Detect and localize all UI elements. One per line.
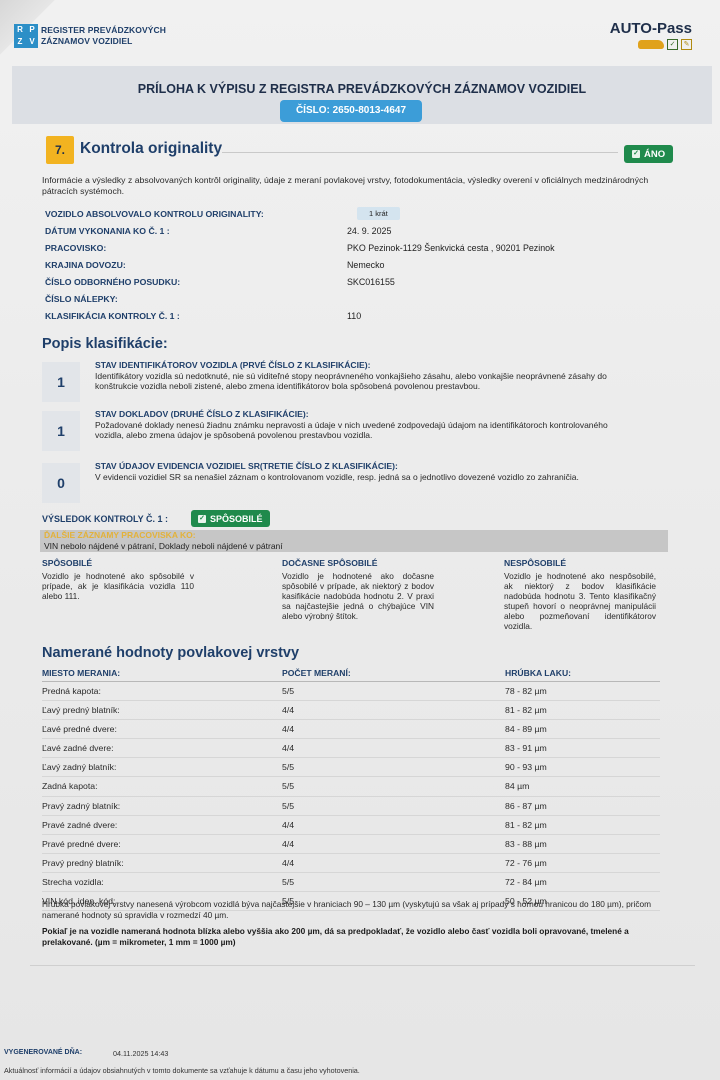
check-icon: ✓	[198, 515, 206, 523]
legend-docasne-sposobile: DOČASNE SPÔSOBILÉ Vozidlo je hodnotené a…	[282, 558, 434, 621]
divider	[30, 965, 695, 966]
classification-title: Popis klasifikácie:	[42, 336, 168, 352]
info-row: KLASIFIKÁCIA KONTROLY Č. 1 : 110	[45, 311, 655, 328]
measurements-table: MIESTO MERANIA: POČET MERANÍ: HRÚBKA LAK…	[42, 666, 660, 911]
classification-digit: 0	[42, 463, 80, 503]
logo-line-2: ZÁZNAMOV VOZIDIEL	[41, 36, 166, 47]
footer-note: Aktuálnosť informácií a údajov obsiahnut…	[4, 1066, 360, 1075]
count-pill: 1 krát	[357, 207, 400, 220]
generated-value: 04.11.2025 14:43	[113, 1049, 168, 1058]
table-row: Ľavý predný blatník:4/481 - 82 µm	[42, 701, 660, 720]
other-records-box: ĎALŠIE ZÁZNAMY PRACOVISKA KO: VIN nebolo…	[40, 530, 668, 552]
logo-line-1: REGISTER PREVÁDZKOVÝCH	[41, 25, 166, 36]
table-header: MIESTO MERANIA: POČET MERANÍ: HRÚBKA LAK…	[42, 666, 660, 682]
table-row: Pravé zadné dvere:4/481 - 82 µm	[42, 816, 660, 835]
autopass-logo: AUTO-Pass ✓ ✎	[610, 20, 692, 50]
table-row: Pravý zadný blatník:5/586 - 87 µm	[42, 797, 660, 816]
table-row: Ľavý zadný blatník:5/590 - 93 µm	[42, 758, 660, 777]
result-badge: ✓ SPÔSOBILÉ	[191, 510, 270, 527]
legend-sposobile: SPÔSOBILÉ Vozidlo je hodnotené ako spôso…	[42, 558, 194, 601]
table-row: Zadná kapota:5/584 µm	[42, 777, 660, 796]
document-title: PRÍLOHA K VÝPISU Z REGISTRA PREVÁDZKOVÝC…	[12, 82, 712, 96]
document-number-badge: ČÍSLO: 2650-8013-4647	[280, 100, 422, 122]
classification-digit: 1	[42, 411, 80, 451]
table-row: Pravý predný blatník:4/472 - 76 µm	[42, 854, 660, 873]
measurement-note: Hrúbka povlakovej vrstvy nanesená výrobc…	[42, 899, 672, 920]
table-row: Pravé predné dvere:4/483 - 88 µm	[42, 835, 660, 854]
info-row: PRACOVISKO: PKO Pezinok-1129 Šenkvická c…	[45, 243, 655, 260]
section-title: Kontrola originality	[80, 140, 222, 158]
rpzv-logo: R P Z V REGISTER PREVÁDZKOVÝCH ZÁZNAMOV …	[14, 24, 166, 48]
section-divider	[222, 152, 618, 153]
table-row: Ľavé zadné dvere:4/483 - 91 µm	[42, 739, 660, 758]
autopass-brand: AUTO-Pass	[610, 20, 692, 37]
car-icon	[638, 40, 664, 49]
document-check-icon: ✎	[681, 39, 692, 50]
generated-label: VYGENEROVANÉ DŇA:	[4, 1049, 82, 1056]
result-label: VÝSLEDOK KONTROLY Č. 1 :	[42, 514, 168, 524]
section-number: 7.	[46, 136, 74, 164]
control-info-list: VOZIDLO ABSOLVOVALO KONTROLU ORIGINALITY…	[45, 209, 655, 328]
info-row: VOZIDLO ABSOLVOVALO KONTROLU ORIGINALITY…	[45, 209, 655, 226]
table-row: Ľavé predné dvere:4/484 - 89 µm	[42, 720, 660, 739]
measurement-warning: Pokiaľ je na vozidle nameraná hodnota bl…	[42, 926, 672, 947]
legend-nesposobile: NESPÔSOBILÉ Vozidlo je hodnotené ako nes…	[504, 558, 656, 631]
table-row: Predná kapota:5/578 - 82 µm	[42, 682, 660, 701]
status-badge-ano: ✓ ÁNO	[624, 145, 673, 163]
document-page: R P Z V REGISTER PREVÁDZKOVÝCH ZÁZNAMOV …	[0, 0, 720, 1080]
info-row: KRAJINA DOVOZU: Nemecko	[45, 260, 655, 277]
info-row: DÁTUM VYKONANIA KO Č. 1 : 24. 9. 2025	[45, 226, 655, 243]
check-icon: ✓	[632, 150, 640, 158]
measurements-title: Namerané hodnoty povlakovej vrstvy	[42, 645, 299, 661]
section-intro: Informácie a výsledky z absolvovaných ko…	[42, 175, 682, 197]
rpzv-logo-icon: R P Z V	[14, 24, 38, 48]
checkbox-icon: ✓	[667, 39, 678, 50]
table-row: Strecha vozidla:5/572 - 84 µm	[42, 873, 660, 892]
info-row: ČÍSLO NÁLEPKY:	[45, 294, 655, 311]
info-row: ČÍSLO ODBORNÉHO POSUDKU: SKC016155	[45, 277, 655, 294]
classification-digit: 1	[42, 362, 80, 402]
